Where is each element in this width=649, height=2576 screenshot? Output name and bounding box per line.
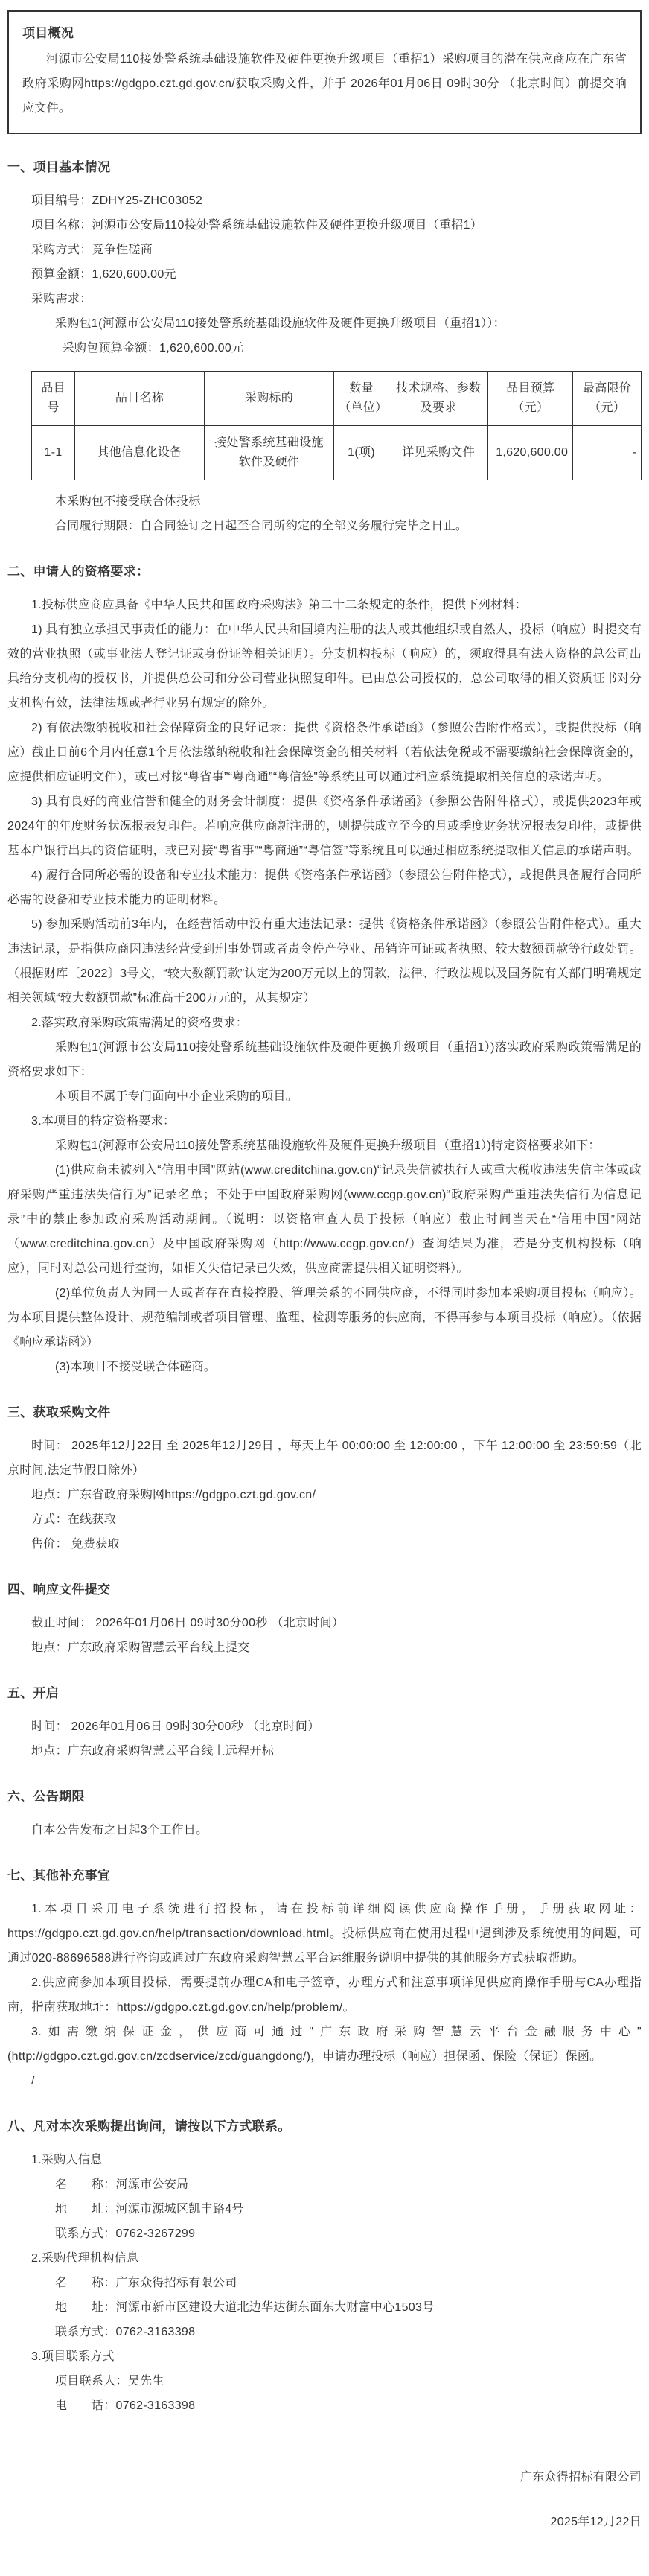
paragraph: 1.采购人信息 — [7, 2148, 642, 2172]
paragraph: 地 址：河源市新市区建设大道北边华达街东面东大财富中心1503号 — [7, 2295, 642, 2320]
paragraph: 采购需求： — [7, 287, 642, 311]
table-header-cell: 采购标的 — [204, 372, 333, 426]
paragraph: / — [7, 2069, 642, 2093]
paragraph: 采购包1(河源市公安局110接处警系统基础设施软件及硬件更换升级项目（重招1））… — [7, 311, 642, 336]
table-header-cell: 品目名称 — [75, 372, 205, 426]
table-cell: 1-1 — [32, 426, 75, 480]
overview-title: 项目概况 — [22, 21, 627, 45]
paragraph: 项目联系人：吴先生 — [7, 2369, 642, 2394]
paragraph: 项目编号：ZDHY25-ZHC03052 — [7, 188, 642, 213]
table-cell: 其他信息化设备 — [75, 426, 205, 480]
section-heading: 三、获取采购文件 — [7, 1400, 642, 1425]
paragraph: 预算金额：1,620,600.00元 — [7, 262, 642, 287]
paragraph: 方式：在线获取 — [7, 1507, 642, 1532]
section: 八、凡对本次采购提出询问，请按以下方式联系。1.采购人信息名 称：河源市公安局地… — [7, 2114, 642, 2418]
paragraph: 合同履行期限：自合同签订之日起至合同所约定的全部义务履行完毕之日止。 — [7, 514, 642, 538]
paragraph: 1.投标供应商应具备《中华人民共和国政府采购法》第二十二条规定的条件，提供下列材… — [7, 593, 642, 617]
paragraph: 地点：广东省政府采购网https://gdgpo.czt.gd.gov.cn/ — [7, 1483, 642, 1507]
table-cell: 1,620,600.00 — [488, 426, 573, 480]
paragraph: 自本公告发布之日起3个工作日。 — [7, 1818, 642, 1842]
paragraph: 3.项目联系方式 — [7, 2344, 642, 2369]
table-row: 1-1其他信息化设备接处警系统基础设施软件及硬件1(项)详见采购文件1,620,… — [32, 426, 642, 480]
paragraph: 售价： 免费获取 — [7, 1532, 642, 1556]
paragraph: 地 址：河源市源城区凯丰路4号 — [7, 2197, 642, 2222]
section: 一、项目基本情况项目编号：ZDHY25-ZHC03052项目名称：河源市公安局1… — [7, 155, 642, 538]
paragraph: 1.本项目采用电子系统进行招投标，请在投标前详细阅读供应商操作手册，手册获取网址… — [7, 1897, 642, 1971]
section: 三、获取采购文件时间： 2025年12月22日 至 2025年12月29日 ，每… — [7, 1400, 642, 1556]
paragraph: 本采购包不接受联合体投标 — [7, 489, 642, 514]
paragraph: 2.供应商参加本项目投标，需要提前办理CA和电子签章，办理方式和注意事项详见供应… — [7, 1971, 642, 2020]
paragraph: 时间： 2026年01月06日 09时30分00秒 （北京时间） — [7, 1714, 642, 1739]
paragraph: 联系方式：0762-3267299 — [7, 2222, 642, 2246]
paragraph: 采购包预算金额：1,620,600.00元 — [7, 336, 642, 360]
paragraph: 本项目不属于专门面向中小企业采购的项目。 — [7, 1084, 642, 1109]
table-header-cell: 品目号 — [32, 372, 75, 426]
section: 四、响应文件提交截止时间： 2026年01月06日 09时30分00秒 （北京时… — [7, 1577, 642, 1660]
paragraph: 名 称：广东众得招标有限公司 — [7, 2271, 642, 2295]
paragraph: 1) 具有独立承担民事责任的能力：在中华人民共和国境内注册的法人或其他组织或自然… — [7, 617, 642, 716]
paragraph: 名 称：河源市公安局 — [7, 2172, 642, 2197]
items-table: 品目号品目名称采购标的数量（单位）技术规格、参数及要求品目预算（元）最高限价（元… — [31, 371, 642, 480]
paragraph: 时间： 2025年12月22日 至 2025年12月29日 ，每天上午 00:0… — [7, 1434, 642, 1483]
paragraph: 电 话：0762-3163398 — [7, 2394, 642, 2418]
paragraph: 项目名称：河源市公安局110接处警系统基础设施软件及硬件更换升级项目（重招1） — [7, 213, 642, 238]
section-heading: 八、凡对本次采购提出询问，请按以下方式联系。 — [7, 2114, 642, 2139]
signature-date: 2025年12月22日 — [7, 2500, 642, 2545]
paragraph: 5) 参加采购活动前3年内，在经营活动中没有重大违法记录：提供《资格条件承诺函》… — [7, 912, 642, 1011]
table-header-cell: 最高限价（元） — [573, 372, 642, 426]
paragraph: 2) 有依法缴纳税收和社会保障资金的良好记录：提供《资格条件承诺函》（参照公告附… — [7, 716, 642, 789]
table-header-cell: 品目预算（元） — [488, 372, 573, 426]
paragraph: 地点：广东政府采购智慧云平台线上提交 — [7, 1635, 642, 1660]
paragraph: 地点：广东政府采购智慧云平台线上远程开标 — [7, 1739, 642, 1764]
section-heading: 六、公告期限 — [7, 1784, 642, 1809]
table-header-cell: 技术规格、参数及要求 — [389, 372, 487, 426]
paragraph: 3) 具有良好的商业信誉和健全的财务会计制度：提供《资格条件承诺函》（参照公告附… — [7, 789, 642, 863]
paragraph: (1)供应商未被列入“信用中国”网站(www.creditchina.gov.c… — [7, 1158, 642, 1281]
table-cell: 接处警系统基础设施软件及硬件 — [204, 426, 333, 480]
section: 五、开启时间： 2026年01月06日 09时30分00秒 （北京时间）地点：广… — [7, 1681, 642, 1764]
paragraph: 4) 履行合同所必需的设备和专业技术能力：提供《资格条件承诺函》（参照公告附件格… — [7, 863, 642, 912]
procurement-announcement-page: 项目概况 河源市公安局110接处警系统基础设施软件及硬件更换升级项目（重招1）采… — [0, 0, 649, 2576]
paragraph: 截止时间： 2026年01月06日 09时30分00秒 （北京时间） — [7, 1611, 642, 1635]
table-header-row: 品目号品目名称采购标的数量（单位）技术规格、参数及要求品目预算（元）最高限价（元… — [32, 372, 642, 426]
section: 六、公告期限自本公告发布之日起3个工作日。 — [7, 1784, 642, 1842]
paragraph: 采购方式：竞争性磋商 — [7, 238, 642, 262]
signature-company: 广东众得招标有限公司 — [7, 2455, 642, 2500]
section-heading: 四、响应文件提交 — [7, 1577, 642, 1602]
table-cell: 1(项) — [334, 426, 389, 480]
paragraph: 2.采购代理机构信息 — [7, 2246, 642, 2271]
section-heading: 一、项目基本情况 — [7, 155, 642, 179]
sections-container: 一、项目基本情况项目编号：ZDHY25-ZHC03052项目名称：河源市公安局1… — [7, 155, 642, 2418]
table-cell: - — [573, 426, 642, 480]
table-cell: 详见采购文件 — [389, 426, 487, 480]
section-heading: 五、开启 — [7, 1681, 642, 1705]
paragraph: (2)单位负责人为同一人或者存在直接控股、管理关系的不同供应商，不得同时参加本采… — [7, 1281, 642, 1355]
overview-body: 河源市公安局110接处警系统基础设施软件及硬件更换升级项目（重招1）采购项目的潜… — [22, 47, 627, 121]
section: 七、其他补充事宜1.本项目采用电子系统进行招投标，请在投标前详细阅读供应商操作手… — [7, 1863, 642, 2093]
section: 二、申请人的资格要求：1.投标供应商应具备《中华人民共和国政府采购法》第二十二条… — [7, 559, 642, 1379]
paragraph: (3)本项目不接受联合体磋商。 — [7, 1355, 642, 1379]
signature-block: 广东众得招标有限公司 2025年12月22日 — [7, 2455, 642, 2545]
section-heading: 七、其他补充事宜 — [7, 1863, 642, 1888]
table-header-cell: 数量（单位） — [334, 372, 389, 426]
paragraph: 采购包1(河源市公安局110接处警系统基础设施软件及硬件更换升级项目（重招1）)… — [7, 1035, 642, 1084]
paragraph: 联系方式：0762-3163398 — [7, 2320, 642, 2344]
project-overview-box: 项目概况 河源市公安局110接处警系统基础设施软件及硬件更换升级项目（重招1）采… — [7, 10, 642, 134]
section-heading: 二、申请人的资格要求： — [7, 559, 642, 584]
paragraph: 2.落实政府采购政策需满足的资格要求： — [7, 1011, 642, 1035]
paragraph: 采购包1(河源市公安局110接处警系统基础设施软件及硬件更换升级项目（重招1）)… — [7, 1133, 642, 1158]
paragraph: 3.本项目的特定资格要求： — [7, 1109, 642, 1133]
paragraph: 3.如需缴纳保证金，供应商可通过"广东政府采购智慧云平台金融服务中心"(http… — [7, 2020, 642, 2069]
